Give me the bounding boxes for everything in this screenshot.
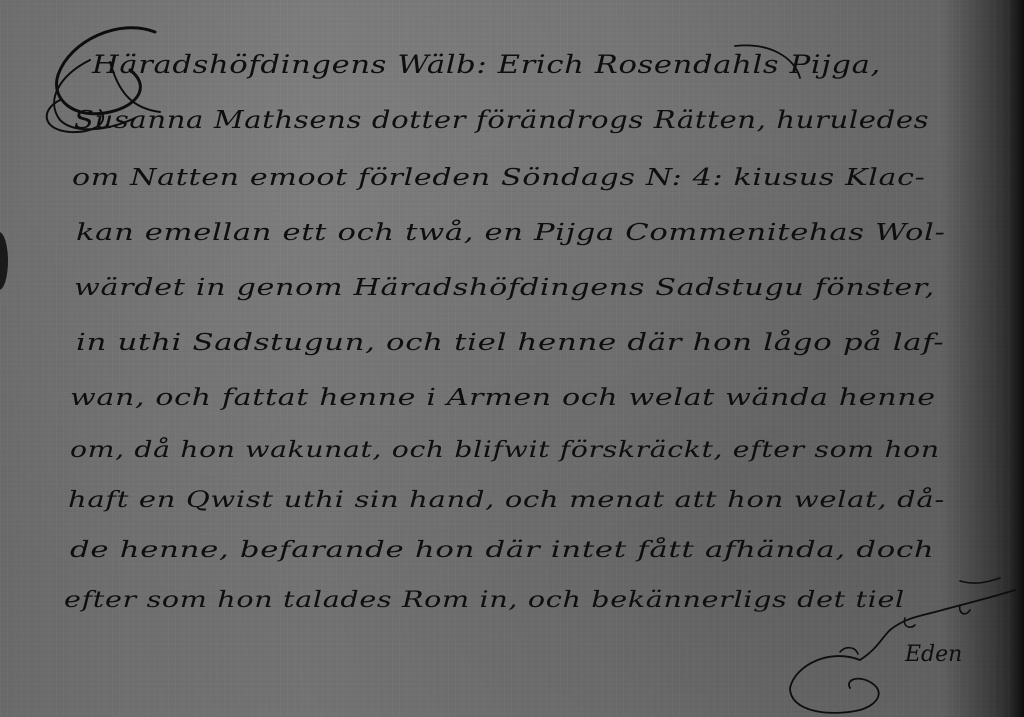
manuscript-text: Häradshöfdingens Wälb: Erich Rosendahls … [0, 0, 1024, 717]
manuscript-line: efter som hon talades Rom in, och bekänn… [64, 588, 905, 613]
manuscript-line: de henne, befarande hon där intet fått a… [70, 538, 934, 563]
signature: Eden [905, 642, 962, 667]
manuscript-line: wan, och fattat henne i Armen och welat … [70, 385, 936, 411]
manuscript-page: Häradshöfdingens Wälb: Erich Rosendahls … [0, 0, 1024, 717]
manuscript-line: Häradshöfdingens Wälb: Erich Rosendahls … [92, 50, 881, 79]
manuscript-line: haft en Qwist uthi sin hand, och menat a… [68, 488, 945, 513]
manuscript-line: om Natten emoot förleden Söndags N: 4: k… [72, 165, 925, 191]
manuscript-line: Susanna Mathsens dotter förändrogs Rätte… [74, 106, 929, 134]
manuscript-line: wärdet in genom Häradshöfdingens Sadstug… [74, 275, 935, 301]
manuscript-line: kan emellan ett och twå, en Pijga Commen… [76, 220, 945, 246]
manuscript-line: om, då hon wakunat, och blifwit förskräc… [70, 438, 940, 463]
manuscript-line: in uthi Sadstugun, och tiel henne där ho… [76, 330, 944, 356]
